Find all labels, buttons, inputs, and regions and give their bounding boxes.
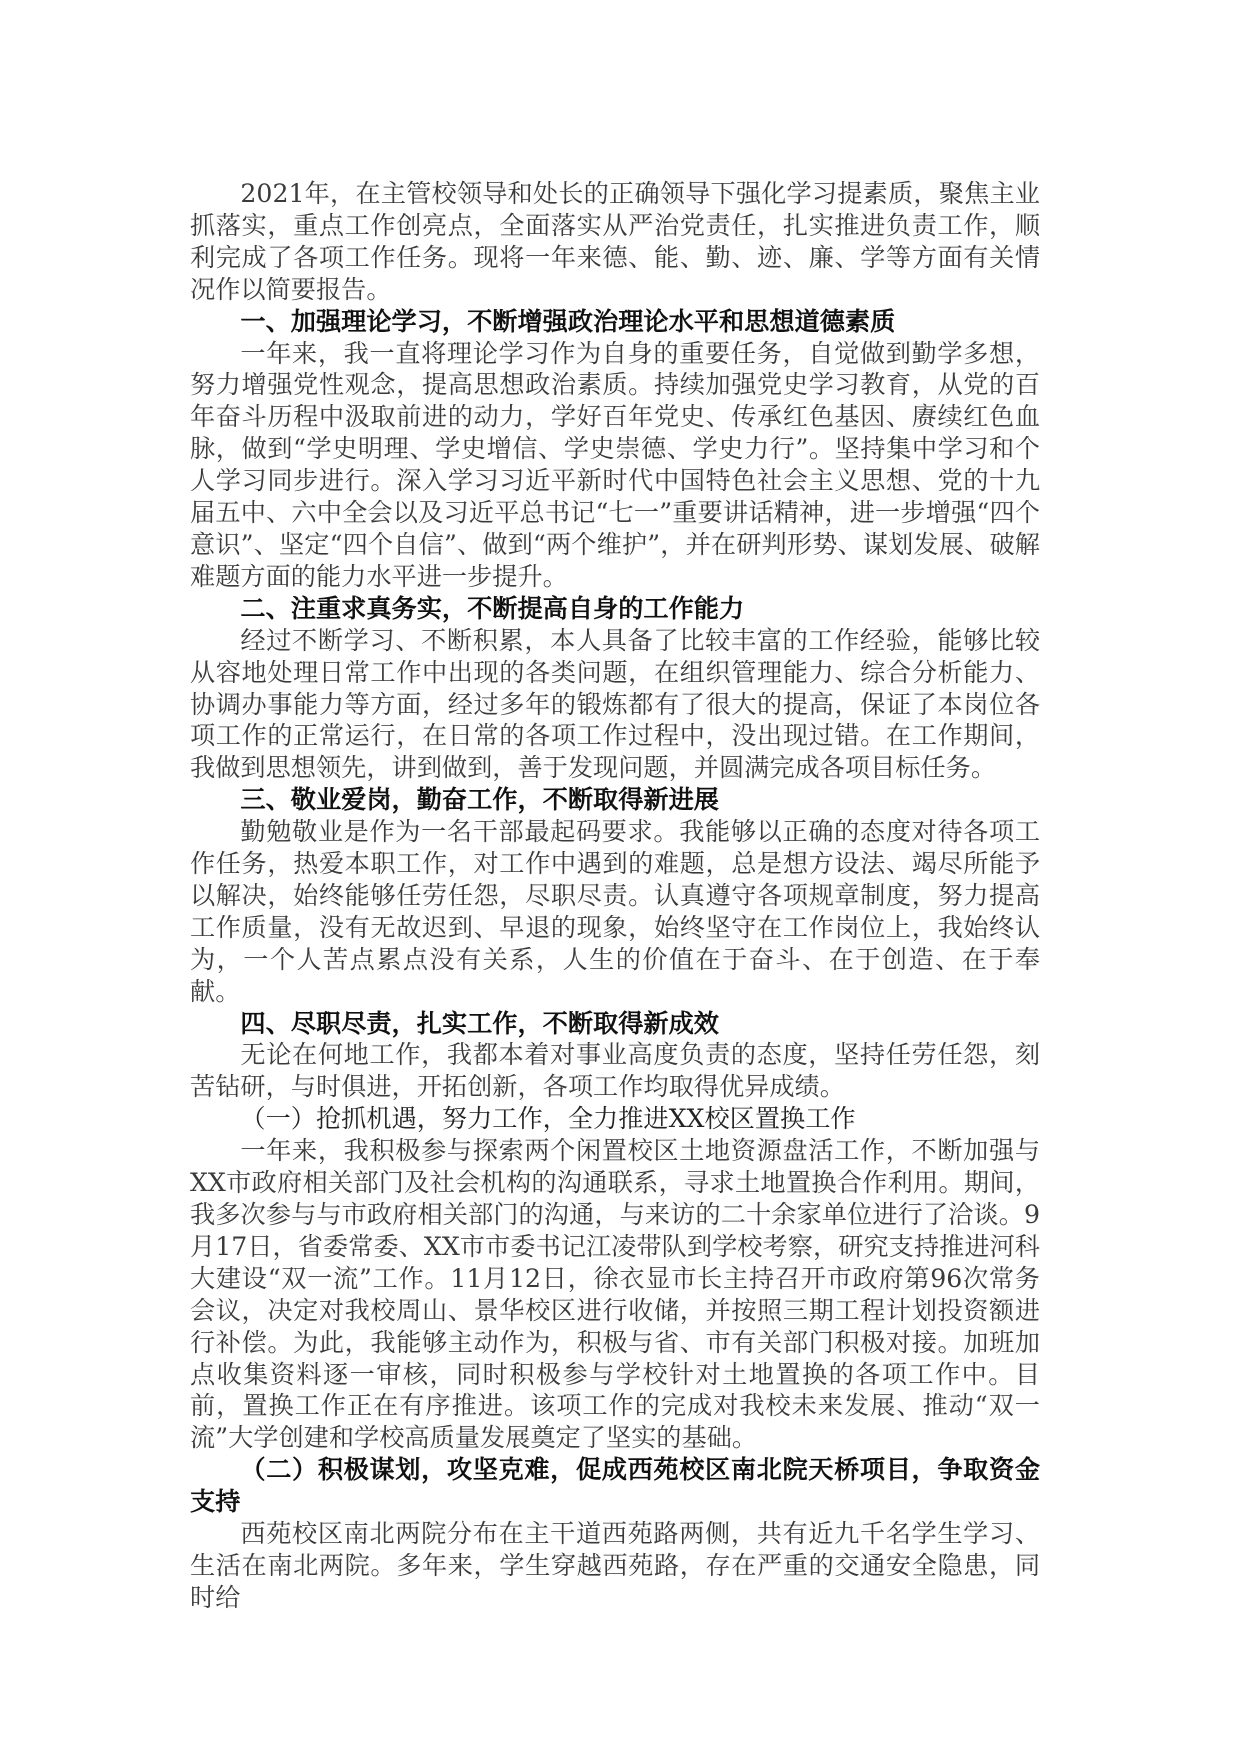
subsection-2-body: 西苑校区南北两院分布在主干道西苑路两侧，共有近九千名学生学习、生活在南北两院。多… (190, 1518, 1040, 1614)
section-3-heading: 三、敬业爱岗，勤奋工作，不断取得新进展 (190, 784, 1040, 816)
subsection-1-body: 一年来，我积极参与探索两个闲置校区土地资源盘活工作，不断加强与XX市政府相关部门… (190, 1135, 1040, 1454)
section-1-body: 一年来，我一直将理论学习作为自身的重要任务，自觉做到勤学多想，努力增强党性观念，… (190, 338, 1040, 593)
section-3-body: 勤勉敬业是作为一名干部最起码要求。我能够以正确的态度对待各项工作任务，热爱本职工… (190, 816, 1040, 1007)
subsection-2-heading: （二）积极谋划，攻坚克难，促成西苑校区南北院天桥项目，争取资金支持 (190, 1454, 1040, 1518)
intro-paragraph: 2021年，在主管校领导和处长的正确领导下强化学习提素质，聚焦主业抓落实，重点工… (190, 178, 1040, 306)
section-2-body: 经过不断学习、不断积累，本人具备了比较丰富的工作经验，能够比较从容地处理日常工作… (190, 625, 1040, 785)
section-1-heading: 一、加强理论学习，不断增强政治理论水平和思想道德素质 (190, 306, 1040, 338)
section-4-heading: 四、尽职尽责，扎实工作，不断取得新成效 (190, 1008, 1040, 1040)
document-page: 2021年，在主管校领导和处长的正确领导下强化学习提素质，聚焦主业抓落实，重点工… (190, 178, 1040, 1614)
subsection-1-heading: （一）抢抓机遇，努力工作，全力推进XX校区置换工作 (190, 1103, 1040, 1135)
section-2-heading: 二、注重求真务实，不断提高自身的工作能力 (190, 593, 1040, 625)
section-4-body: 无论在何地工作，我都本着对事业高度负责的态度，坚持任劳任怨，刻苦钻研，与时俱进，… (190, 1039, 1040, 1103)
